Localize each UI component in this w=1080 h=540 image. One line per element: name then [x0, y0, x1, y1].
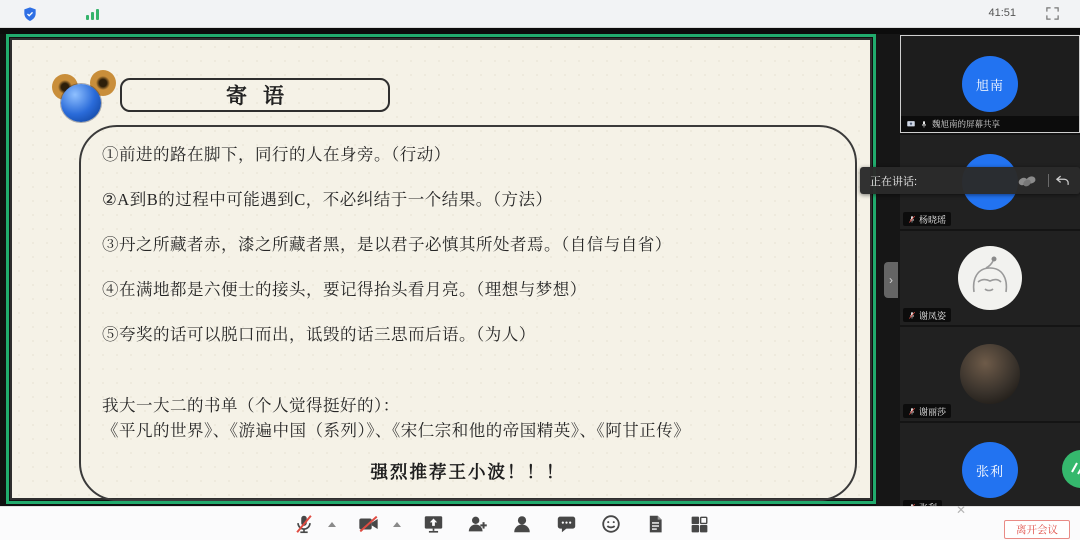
share-status-bar: 魏旭南的屏幕共享 [901, 116, 1079, 132]
participant-name-tag: 谢丽莎 [903, 404, 951, 418]
participant-tile[interactable]: 谢丽莎 [900, 327, 1080, 421]
participants-button[interactable] [510, 512, 534, 536]
mic-mini-icon [920, 120, 928, 129]
slide-line-4: ④在满地都是六便士的接头，要记得抬头看月亮。（理想与梦想） [102, 276, 587, 300]
participant-tile[interactable]: 张利 张利 [900, 423, 1080, 517]
slide-line-3: ③丹之所藏者赤，漆之所藏者黑，是以君子必慎其所处者焉。（自信与自省） [102, 231, 672, 255]
slide-title-box: 寄语 [120, 78, 390, 112]
security-shield-icon [22, 6, 38, 22]
mic-options-caret[interactable] [328, 522, 336, 527]
chat-button[interactable] [555, 512, 579, 536]
avatar: 张利 [962, 442, 1018, 498]
screen-share-view: 寄语 ①前进的路在脚下，同行的人在身旁。（行动） ②A到B的过程中可能遇到C，不… [0, 34, 900, 506]
participant-tile[interactable]: 谢凤姿 [900, 231, 1080, 325]
control-toolbar [0, 506, 1080, 540]
participant-name-tag: 杨晓瑶 [903, 212, 951, 226]
reactions-button[interactable] [599, 512, 623, 536]
close-icon[interactable]: ✕ [956, 503, 966, 517]
participant-name-tag: 谢凤姿 [903, 308, 951, 322]
speaking-banner: 正在讲话: [860, 167, 1080, 194]
slide-logo-icon [52, 60, 122, 122]
avatar: 旭南 [962, 56, 1018, 112]
screen-share-mini-icon [906, 120, 916, 129]
divider [1048, 174, 1049, 187]
slide-highlight: 强烈推荐王小波！！！ [79, 459, 857, 484]
slide-body-frame [79, 125, 857, 501]
participants-panel: 旭南 魏旭南的屏幕共享 杨晓瑶 [900, 34, 1080, 518]
mic-muted-button[interactable] [292, 512, 316, 536]
participant-tile-sharer[interactable]: 旭南 魏旭南的屏幕共享 [900, 35, 1080, 133]
mic-muted-mini-icon [908, 311, 916, 320]
fullscreen-icon[interactable] [1045, 6, 1060, 21]
camera-muted-button[interactable] [357, 512, 381, 536]
slide-line-2: ②A到B的过程中可能遇到C，不必纠结于一个结果。（方法） [102, 186, 552, 210]
docs-button[interactable] [644, 512, 668, 536]
slide-booklist-intro: 我大一大二的书单（个人觉得挺好的）： [102, 392, 400, 416]
window-top-bar: 41:51 [0, 0, 1080, 28]
speaking-label: 正在讲话: [860, 173, 1016, 189]
apps-grid-button[interactable] [688, 512, 712, 536]
invite-button[interactable] [466, 512, 490, 536]
mic-muted-mini-icon [908, 407, 916, 416]
reaction-emoji-badge [1062, 450, 1080, 488]
screen-share-button[interactable] [422, 512, 446, 536]
meeting-timer: 41:51 [988, 7, 1016, 19]
reply-arrow-icon[interactable] [1055, 174, 1070, 187]
leave-meeting-button[interactable]: 离开会议 [1004, 520, 1070, 539]
avatar-photo [960, 344, 1020, 404]
slide-booklist: 《平凡的世界》、《游遍中国（系列）》、《宋仁宗和他的帝国精英》、《阿甘正传》 [102, 417, 690, 441]
meeting-window: 41:51 寄语 ①前进的路在脚下，同行的人在身旁。（行动） ②A到B的过程中可… [0, 0, 1080, 540]
slide-line-5: ⑤夸奖的话可以脱口而出，诋毁的话三思而后语。（为人） [102, 321, 536, 345]
mic-muted-mini-icon [908, 215, 916, 224]
slide-line-1: ①前进的路在脚下，同行的人在身旁。（行动） [102, 141, 451, 165]
slide-title: 寄语 [210, 80, 300, 110]
share-status-label: 魏旭南的屏幕共享 [932, 118, 1000, 130]
slide-page: 寄语 ①前进的路在脚下，同行的人在身旁。（行动） ②A到B的过程中可能遇到C，不… [10, 38, 872, 500]
avatar-cartoon [958, 246, 1022, 310]
sidebar-collapse-handle[interactable]: › [884, 262, 898, 298]
camera-options-caret[interactable] [393, 522, 401, 527]
clap-hands-icon[interactable] [1016, 173, 1042, 188]
network-signal-icon [86, 8, 102, 20]
